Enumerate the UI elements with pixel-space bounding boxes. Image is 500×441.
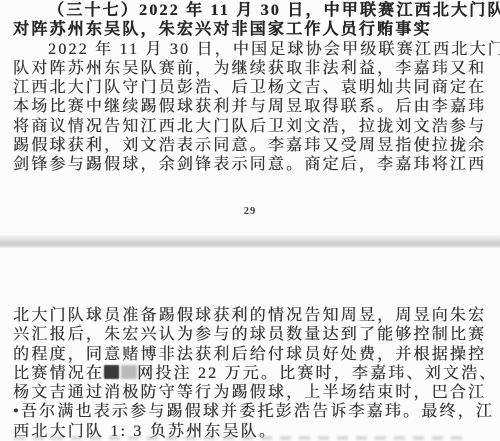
paragraph-line: 本场比赛中继续踢假球获利并与周昱取得联系。后由李嘉玮 bbox=[13, 97, 484, 116]
redacted-line-prefix: 比赛情况在 bbox=[13, 365, 104, 382]
cutoff-next-line-fragment bbox=[14, 436, 469, 440]
scanned-page-bottom: 北大门队球员准备踢假球获利的情况告知周昱，周昱向朱宏 兴汇报后，朱宏兴认为参与的… bbox=[13, 306, 484, 440]
paragraph-line: 踢假球获利，刘文浩表示同意。李嘉玮又受周昱指使拉拢余 bbox=[13, 136, 484, 155]
redaction-box-dark bbox=[104, 365, 119, 379]
paragraph-line: 杨文吉通过消极防守等行为踢假球，上半场结束时，巴合江 bbox=[13, 383, 484, 402]
page-number: 29 bbox=[0, 206, 500, 217]
paragraph-line: 剑锋参与踢假球，余剑锋表示同意。商定后，李嘉玮将江西 bbox=[13, 155, 484, 174]
paragraph-line: 的程度，同意赌博非法获利后给付球员好处费，并根据操控 bbox=[13, 345, 484, 364]
redacted-line-suffix: 网投注 22 万元。比赛时，李嘉玮、刘文浩、 bbox=[137, 365, 497, 382]
section-heading-line-1: （三十七）2022 年 11 月 30 日，中甲联赛江西北大门队 bbox=[13, 1, 484, 20]
paragraph-line: 将商议情况告知江西北大门队后卫刘文浩，拉拢刘文浩参与 bbox=[13, 117, 484, 136]
paragraph-line-redacted: 比赛情况在网投注 22 万元。比赛时，李嘉玮、刘文浩、 bbox=[13, 364, 484, 383]
redaction-box-light bbox=[121, 365, 137, 379]
paragraph-line: 江西北大门队守门员彭浩、后卫杨文吉、袁明灿共同商定在 bbox=[13, 78, 484, 97]
section-heading-line-2: 对阵苏州东吴队，朱宏兴对非国家工作人员行贿事实 bbox=[13, 20, 484, 39]
page-divider bbox=[0, 235, 500, 248]
paragraph-line: 兴汇报后，朱宏兴认为参与的球员数量达到了能够控制比赛 bbox=[13, 325, 484, 344]
scanned-page-top: （三十七）2022 年 11 月 30 日，中甲联赛江西北大门队 对阵苏州东吴队… bbox=[13, 1, 484, 175]
paragraph-line: 2022 年 11 月 30 日，中国足球协会甲级联赛江西北大门 bbox=[13, 40, 484, 59]
paragraph-line: •吾尔满也表示参与踢假球并委托彭浩告诉李嘉玮。最终，江 bbox=[13, 402, 484, 421]
paragraph-line: 队对阵苏州东吴队赛前，为继续获取非法利益，李嘉玮又和 bbox=[13, 59, 484, 78]
paragraph-line: 北大门队球员准备踢假球获利的情况告知周昱，周昱向朱宏 bbox=[13, 306, 484, 325]
